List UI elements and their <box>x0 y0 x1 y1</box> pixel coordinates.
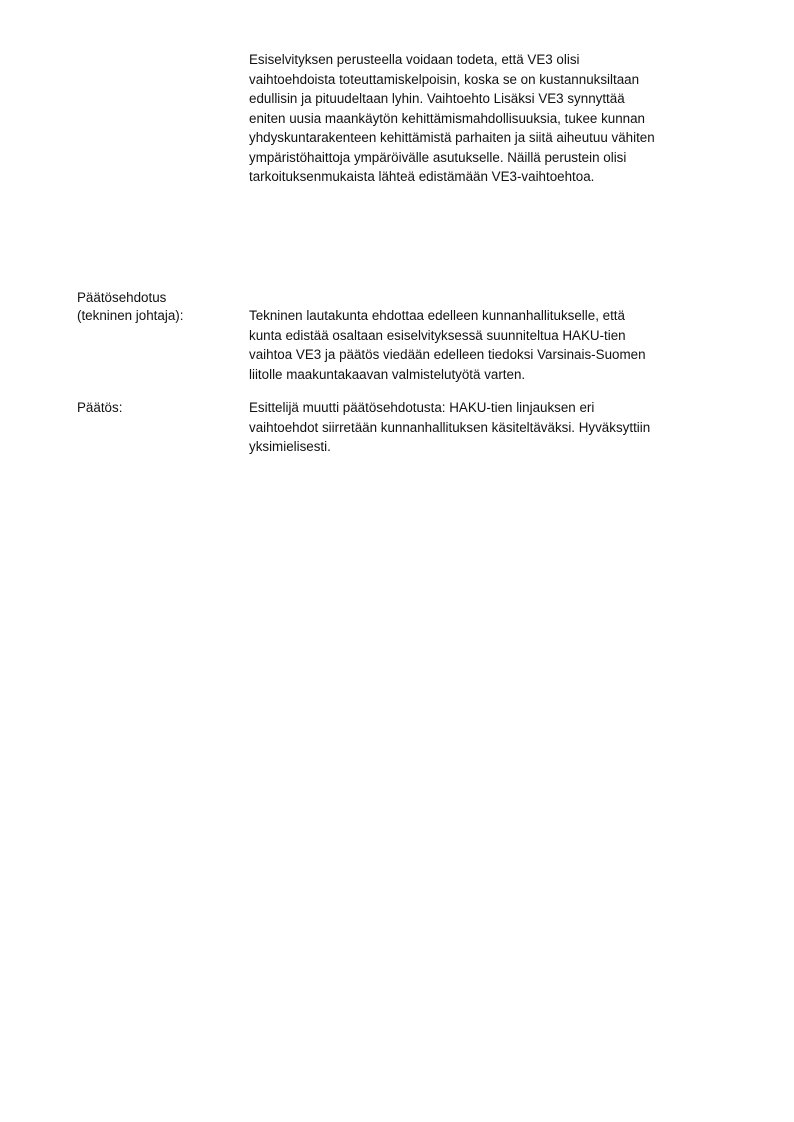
proposal-line: liitolle maakuntakaavan valmistelutyötä … <box>249 365 525 385</box>
decision-line: vaihtoehdot siirretään kunnanhallituksen… <box>249 418 650 438</box>
proposal-label: Päätösehdotus <box>77 288 166 308</box>
decision-label: Päätös: <box>77 398 122 418</box>
intro-line: yhdyskuntarakenteen kehittämistä parhait… <box>249 128 655 148</box>
intro-line: eniten uusia maankäytön kehittämismahdol… <box>249 109 645 129</box>
intro-line: edullisin ja pituudeltaan lyhin. Vaihtoe… <box>249 89 625 109</box>
proposal-label-sub: (tekninen johtaja): <box>77 306 183 326</box>
intro-line: Esiselvityksen perusteella voidaan todet… <box>249 50 580 70</box>
decision-line: yksimielisesti. <box>249 437 331 457</box>
decision-line: Esittelijä muutti päätösehdotusta: HAKU-… <box>249 398 594 418</box>
proposal-line: vaihtoa VE3 ja päätös viedään edelleen t… <box>249 345 646 365</box>
intro-line: ympäristöhaittoja ympäröivälle asutuksel… <box>249 148 626 168</box>
intro-line: tarkoituksenmukaista lähteä edistämään V… <box>249 167 594 187</box>
proposal-line: kunta edistää osaltaan esiselvityksessä … <box>249 326 626 346</box>
proposal-line: Tekninen lautakunta ehdottaa edelleen ku… <box>249 306 625 326</box>
intro-line: vaihtoehdoista toteuttamiskelpoisin, kos… <box>249 70 639 90</box>
